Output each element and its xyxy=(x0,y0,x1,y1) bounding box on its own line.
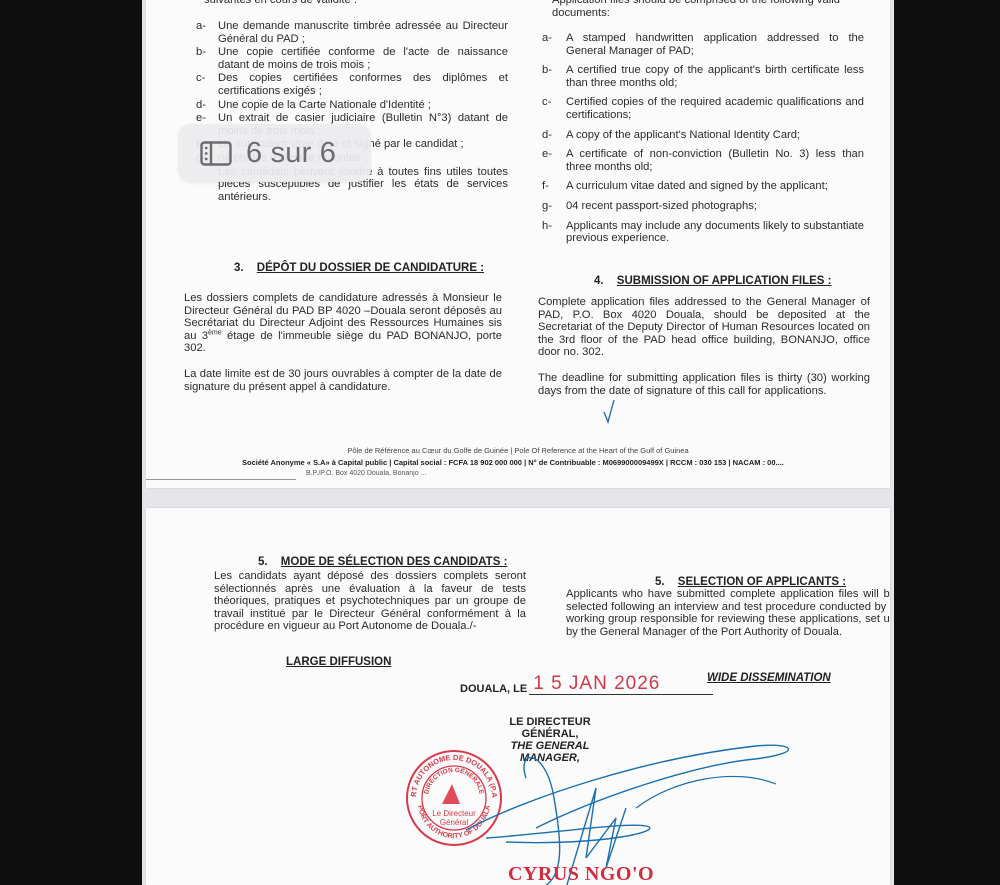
list-item: h- Applicants may include any documents … xyxy=(542,220,864,245)
section-4-para-2: The deadline for submitting application … xyxy=(538,372,870,397)
section-3-body: Les dossiers complets de candidature adr… xyxy=(184,292,502,393)
date-stamp: 1 5 JAN 2026 xyxy=(529,674,713,695)
footer-tagline: Pôle de Référence au Cœur du Golfe de Gu… xyxy=(146,446,890,455)
item-label: c- xyxy=(542,96,566,121)
section-4-para-1: Complete application files addressed to … xyxy=(538,296,870,359)
section-5-en-para: Applicants who have submitted complete a… xyxy=(566,588,890,638)
item-text: A stamped handwritten application addres… xyxy=(566,32,864,57)
item-label: d- xyxy=(542,129,566,142)
section-5-fr-body: Les candidats ayant déposé des dossiers … xyxy=(214,570,526,633)
large-diffusion-label: LARGE DIFFUSION xyxy=(286,656,391,668)
list-item: e- A certificate of non-conviction (Bull… xyxy=(542,148,864,173)
signatory-name: CYRUS NGO'O xyxy=(508,863,654,885)
section-3-heading: 3. DÉPÔT DU DOSSIER DE CANDIDATURE : xyxy=(234,262,484,274)
fr-intro-text: suivantes en cours de validité : xyxy=(204,0,504,7)
item-label: a- xyxy=(542,32,566,57)
list-item: c- Des copies certifiées conformes des d… xyxy=(196,72,508,97)
para-text: étage de l'immeuble siège du PAD BONANJO… xyxy=(184,330,502,355)
list-item: f- A curriculum vitae dated and signed b… xyxy=(542,180,864,193)
section-number: 4. xyxy=(594,275,604,287)
document-viewer[interactable]: suivantes en cours de validité : a- Une … xyxy=(142,0,894,885)
item-label: c- xyxy=(196,72,218,97)
footer-legal: Société Anonyme « S.A» à Capital public … xyxy=(242,458,784,467)
page-indicator[interactable]: 6 sur 6 xyxy=(178,124,371,182)
item-text: 04 recent passport-sized photographs; xyxy=(566,200,864,213)
item-text: Certified copies of the required academi… xyxy=(566,96,864,121)
list-item: d- Une copie de la Carte Nationale d'Ide… xyxy=(196,99,508,112)
item-text: A certified true copy of the applicant's… xyxy=(566,64,864,89)
section-title: MODE DE SÉLECTION DES CANDIDATS : xyxy=(281,556,508,568)
section-5-fr-para: Les candidats ayant déposé des dossiers … xyxy=(214,570,526,633)
item-label: b- xyxy=(196,46,218,71)
list-item: a- Une demande manuscrite timbrée adress… xyxy=(196,20,508,45)
en-intro: Application files should be comprised of… xyxy=(552,0,864,19)
item-text: Applicants may include any documents lik… xyxy=(566,220,864,245)
place-label: DOUALA, LE xyxy=(460,683,527,695)
item-label: a- xyxy=(196,20,218,45)
list-item: d- A copy of the applicant's National Id… xyxy=(542,129,864,142)
item-text: A copy of the applicant's National Ident… xyxy=(566,129,864,142)
section-4-heading: 4. SUBMISSION OF APPLICATION FILES : xyxy=(594,275,831,287)
footer-divider xyxy=(146,479,296,480)
item-text: Une demande manuscrite timbrée adressée … xyxy=(218,20,508,45)
item-label: b- xyxy=(542,64,566,89)
en-intro-text: Application files should be comprised of… xyxy=(552,0,864,19)
list-item: b- A certified true copy of the applican… xyxy=(542,64,864,89)
section-number: 5. xyxy=(655,576,665,588)
list-item: g- 04 recent passport-sized photographs; xyxy=(542,200,864,213)
section-5-en-heading: 5. SELECTION OF APPLICANTS : xyxy=(655,576,846,588)
section-number: 5. xyxy=(258,556,268,568)
section-5-en-body: Applicants who have submitted complete a… xyxy=(566,588,890,638)
section-3-para-1: Les dossiers complets de candidature adr… xyxy=(184,292,502,355)
list-item: c- Certified copies of the required acad… xyxy=(542,96,864,121)
section-5-fr-heading: 5. MODE DE SÉLECTION DES CANDIDATS : xyxy=(258,556,507,568)
section-4-body: Complete application files addressed to … xyxy=(538,296,870,397)
signature-date-line: DOUALA, LE 1 5 JAN 2026 xyxy=(460,674,713,695)
item-label: h- xyxy=(542,220,566,245)
section-title: SELECTION OF APPLICANTS : xyxy=(678,576,846,588)
list-item: a- A stamped handwritten application add… xyxy=(542,32,864,57)
section-title: DÉPÔT DU DOSSIER DE CANDIDATURE : xyxy=(257,262,484,274)
list-item: b- Une copie certifiée conforme de l'act… xyxy=(196,46,508,71)
footer-address: B.P./P.O. Box 4020 Douala, Bonanjo ... xyxy=(306,470,426,480)
item-label: f- xyxy=(542,180,566,193)
item-label: e- xyxy=(542,148,566,173)
section-3-para-2: La date limite est de 30 jours ouvrables… xyxy=(184,368,502,393)
document-page-5: suivantes en cours de validité : a- Une … xyxy=(146,0,890,488)
item-text: Une copie de la Carte Nationale d'Identi… xyxy=(218,99,508,112)
document-page-6: 5. MODE DE SÉLECTION DES CANDIDATS : Les… xyxy=(146,508,890,885)
item-label: g- xyxy=(542,200,566,213)
section-number: 3. xyxy=(234,262,244,274)
item-text: A curriculum vitae dated and signed by t… xyxy=(566,180,864,193)
item-text: A certificate of non-conviction (Bulleti… xyxy=(566,148,864,173)
page-count-label: 6 sur 6 xyxy=(246,137,336,170)
fr-intro: suivantes en cours de validité : xyxy=(204,0,504,7)
en-document-list: a- A stamped handwritten application add… xyxy=(542,32,864,252)
title-fr: LE DIRECTEUR GÉNÉRAL, xyxy=(480,716,620,740)
handwritten-check-icon xyxy=(602,398,616,424)
section-title: SUBMISSION OF APPLICATION FILES : xyxy=(617,275,832,287)
sidebar-icon[interactable] xyxy=(200,141,232,166)
wide-dissemination-label: WIDE DISSEMINATION xyxy=(707,672,831,684)
item-text: Une copie certifiée conforme de l'acte d… xyxy=(218,46,508,71)
superscript: ème xyxy=(208,329,222,336)
item-text: Des copies certifiées conformes des dipl… xyxy=(218,72,508,97)
item-label: d- xyxy=(196,99,218,112)
